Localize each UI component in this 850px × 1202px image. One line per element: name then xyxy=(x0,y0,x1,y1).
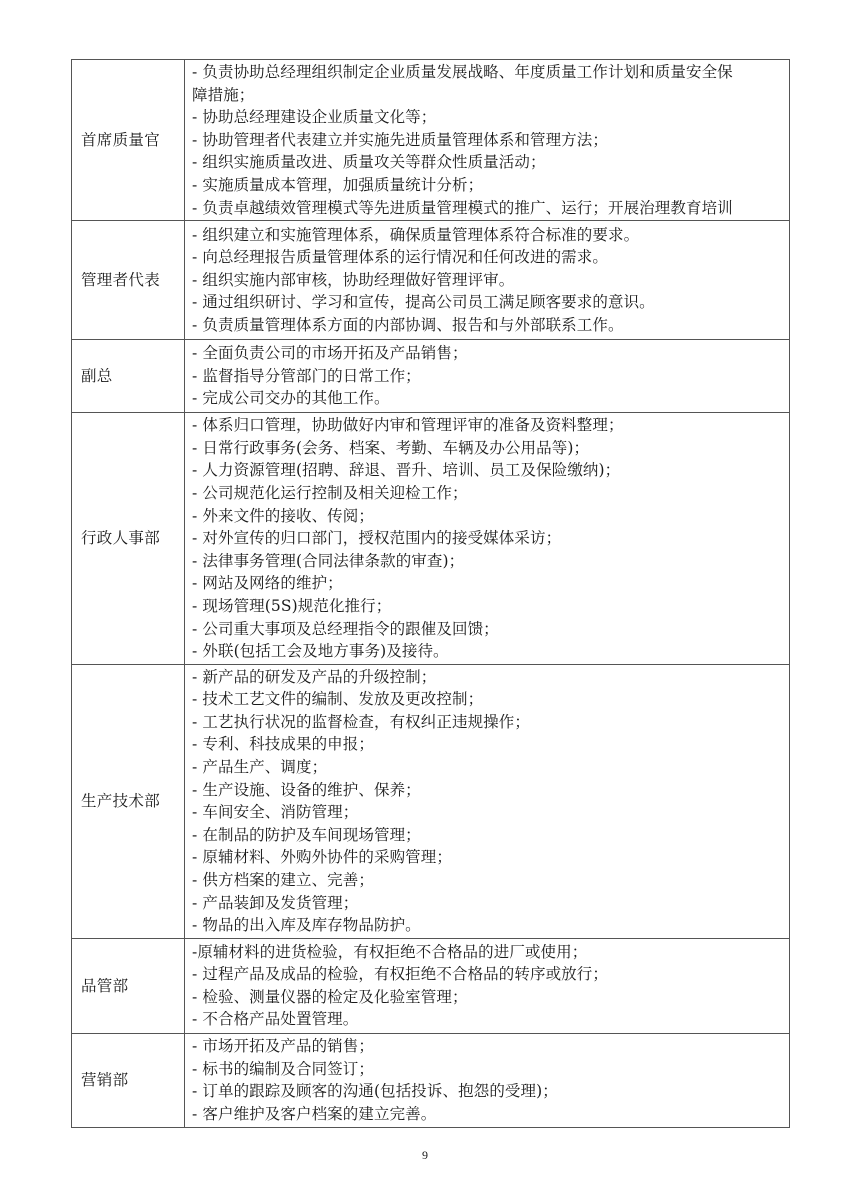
duty-item: - 产品装卸及发货管理； xyxy=(192,892,785,915)
department-cell: 管理者代表 xyxy=(72,221,185,340)
duty-item: - 生产设施、设备的维护、保养； xyxy=(192,779,785,802)
duties-cell: - 全面负责公司的市场开拓及产品销售； - 监督指导分管部门的日常工作； - 完… xyxy=(185,340,790,413)
table-row: 生产技术部 - 新产品的研发及产品的升级控制； - 技术工艺文件的编制、发放及更… xyxy=(72,664,790,938)
duty-item: - 市场开拓及产品的销售； xyxy=(192,1035,785,1058)
duty-item: - 现场管理(5S)规范化推行； xyxy=(192,595,785,618)
duties-cell: - 负责协助总经理组织制定企业质量发展战略、年度质量工作计划和质量安全保 障措施… xyxy=(185,60,790,221)
department-cell: 营销部 xyxy=(72,1033,185,1127)
page-number: 9 xyxy=(0,1148,850,1163)
duties-cell: - 新产品的研发及产品的升级控制； - 技术工艺文件的编制、发放及更改控制； -… xyxy=(185,664,790,938)
duty-item: - 公司规范化运行控制及相关迎检工作； xyxy=(192,482,785,505)
duty-item: - 产品生产、调度； xyxy=(192,756,785,779)
duty-item: - 法律事务管理(合同法律条款的审查)； xyxy=(192,550,785,573)
duty-item: - 过程产品及成品的检验，有权拒绝不合格品的转序或放行； xyxy=(192,963,785,986)
duty-item: - 组织实施质量改进、质量攻关等群众性质量活动； xyxy=(192,151,785,174)
table-row: 管理者代表 - 组织建立和实施管理体系，确保质量管理体系符合标准的要求。 - 向… xyxy=(72,221,790,340)
duty-item: - 订单的跟踪及顾客的沟通(包括投诉、抱怨的受理)； xyxy=(192,1080,785,1103)
table-row: 品管部 -原辅材料的进货检验，有权拒绝不合格品的进厂或使用； - 过程产品及成品… xyxy=(72,938,790,1033)
duty-item: - 负责质量管理体系方面的内部协调、报告和与外部联系工作。 xyxy=(192,314,785,337)
duty-item: - 网站及网络的维护； xyxy=(192,572,785,595)
duty-item: - 协助总经理建设企业质量文化等； xyxy=(192,106,785,129)
duty-item: - 供方档案的建立、完善； xyxy=(192,869,785,892)
duty-item: - 向总经理报告质量管理体系的运行情况和任何改进的需求。 xyxy=(192,246,785,269)
department-cell: 生产技术部 xyxy=(72,664,185,938)
duty-item: -原辅材料的进货检验，有权拒绝不合格品的进厂或使用； xyxy=(192,941,785,964)
duty-item: - 日常行政事务(会务、档案、考勤、车辆及办公用品等)； xyxy=(192,437,785,460)
department-cell: 副总 xyxy=(72,340,185,413)
duty-item: - 负责卓越绩效管理模式等先进质量管理模式的推广、运行；开展治理教育培训 xyxy=(192,197,785,220)
duty-item: - 工艺执行状况的监督检查，有权纠正违规操作； xyxy=(192,711,785,734)
duty-item: - 标书的编制及合同签订； xyxy=(192,1058,785,1081)
duty-item: - 在制品的防护及车间现场管理； xyxy=(192,824,785,847)
department-cell: 品管部 xyxy=(72,938,185,1033)
table-row: 副总 - 全面负责公司的市场开拓及产品销售； - 监督指导分管部门的日常工作； … xyxy=(72,340,790,413)
duty-item: - 组织建立和实施管理体系，确保质量管理体系符合标准的要求。 xyxy=(192,224,785,247)
duty-item: - 外来文件的接收、传阅； xyxy=(192,505,785,528)
duty-item: - 协助管理者代表建立并实施先进质量管理体系和管理方法； xyxy=(192,129,785,152)
duties-cell: - 组织建立和实施管理体系，确保质量管理体系符合标准的要求。 - 向总经理报告质… xyxy=(185,221,790,340)
department-cell: 首席质量官 xyxy=(72,60,185,221)
duty-item: - 组织实施内部审核，协助经理做好管理评审。 xyxy=(192,269,785,292)
duty-item: - 全面负责公司的市场开拓及产品销售； xyxy=(192,342,785,365)
duty-item: - 负责协助总经理组织制定企业质量发展战略、年度质量工作计划和质量安全保 xyxy=(192,61,785,84)
duties-cell: - 体系归口管理，协助做好内审和管理评审的准备及资料整理； - 日常行政事务(会… xyxy=(185,413,790,665)
duty-item: - 客户维护及客户档案的建立完善。 xyxy=(192,1103,785,1126)
duty-item: - 监督指导分管部门的日常工作； xyxy=(192,365,785,388)
duty-item: - 外联(包括工会及地方事务)及接待。 xyxy=(192,640,785,663)
duty-item: - 体系归口管理，协助做好内审和管理评审的准备及资料整理； xyxy=(192,414,785,437)
duty-item: - 检验、测量仪器的检定及化验室管理； xyxy=(192,986,785,1009)
duty-item: - 新产品的研发及产品的升级控制； xyxy=(192,666,785,689)
duty-item: - 专利、科技成果的申报； xyxy=(192,733,785,756)
duty-item: - 完成公司交办的其他工作。 xyxy=(192,387,785,410)
duty-item: - 技术工艺文件的编制、发放及更改控制； xyxy=(192,688,785,711)
duty-item: 障措施； xyxy=(192,84,785,107)
duty-item: - 实施质量成本管理，加强质量统计分析； xyxy=(192,174,785,197)
duty-item: - 通过组织研讨、学习和宣传，提高公司员工满足顾客要求的意识。 xyxy=(192,291,785,314)
duty-item: - 对外宣传的归口部门，授权范围内的接受媒体采访； xyxy=(192,527,785,550)
table-row: 行政人事部 - 体系归口管理，协助做好内审和管理评审的准备及资料整理； - 日常… xyxy=(72,413,790,665)
document-page: 首席质量官 - 负责协助总经理组织制定企业质量发展战略、年度质量工作计划和质量安… xyxy=(0,0,850,1202)
department-cell: 行政人事部 xyxy=(72,413,185,665)
duty-item: - 物品的出入库及库存物品防护。 xyxy=(192,914,785,937)
duties-cell: -原辅材料的进货检验，有权拒绝不合格品的进厂或使用； - 过程产品及成品的检验，… xyxy=(185,938,790,1033)
table-body: 首席质量官 - 负责协助总经理组织制定企业质量发展战略、年度质量工作计划和质量安… xyxy=(72,60,790,1128)
table-row: 营销部 - 市场开拓及产品的销售； - 标书的编制及合同签订； - 订单的跟踪及… xyxy=(72,1033,790,1127)
duty-item: - 原辅材料、外购外协件的采购管理； xyxy=(192,846,785,869)
duties-cell: - 市场开拓及产品的销售； - 标书的编制及合同签订； - 订单的跟踪及顾客的沟… xyxy=(185,1033,790,1127)
duty-item: - 公司重大事项及总经理指令的跟催及回馈； xyxy=(192,618,785,641)
duty-item: - 车间安全、消防管理； xyxy=(192,801,785,824)
responsibility-table: 首席质量官 - 负责协助总经理组织制定企业质量发展战略、年度质量工作计划和质量安… xyxy=(71,59,790,1128)
duty-item: - 不合格产品处置管理。 xyxy=(192,1008,785,1031)
duty-item: - 人力资源管理(招聘、辞退、晋升、培训、员工及保险缴纳)； xyxy=(192,459,785,482)
table-row: 首席质量官 - 负责协助总经理组织制定企业质量发展战略、年度质量工作计划和质量安… xyxy=(72,60,790,221)
